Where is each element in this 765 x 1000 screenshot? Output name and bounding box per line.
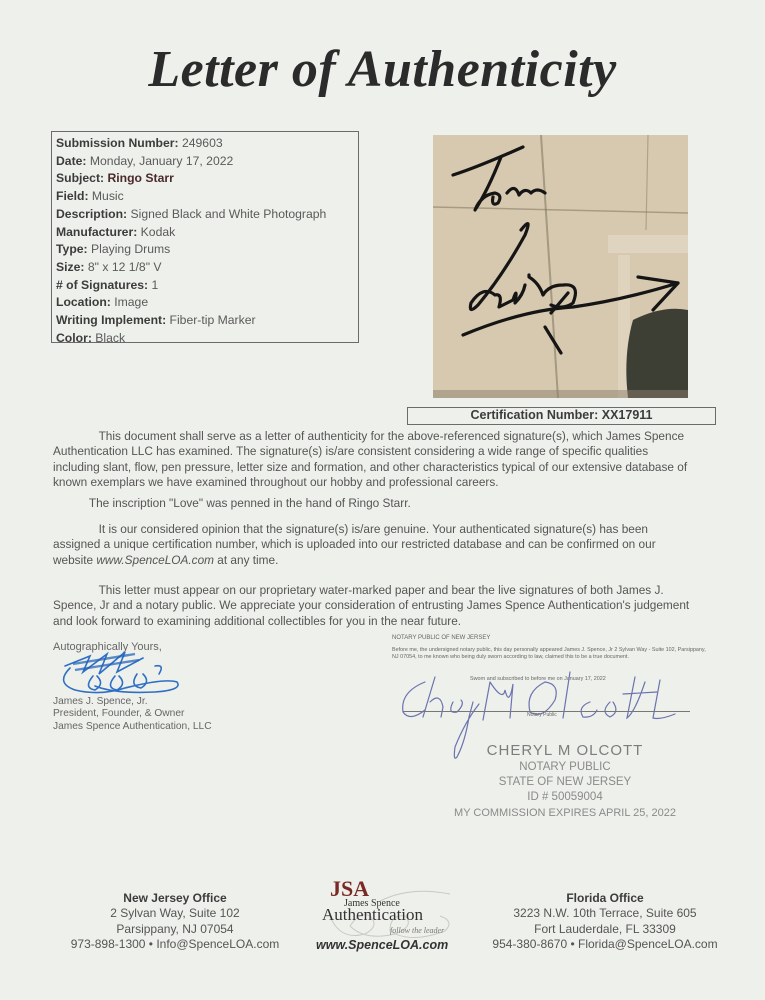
detail-value: 8" x 12 1/8" V xyxy=(88,260,162,274)
office-name: Florida Office xyxy=(475,891,735,906)
paragraph-inscription: The inscription "Love" was penned in the… xyxy=(53,496,731,511)
notary-state: STATE OF NEW JERSEY xyxy=(430,775,700,790)
detail-label: Date: xyxy=(56,154,86,168)
detail-row: Field: Music xyxy=(56,188,358,206)
signer-role: President, Founder, & Owner xyxy=(53,708,212,720)
signer-block: James J. Spence, Jr. President, Founder,… xyxy=(53,696,212,733)
notary-stamp: CHERYL M OLCOTT NOTARY PUBLIC STATE OF N… xyxy=(430,742,700,821)
detail-row: Submission Number: 249603 xyxy=(56,135,358,153)
detail-row: Type: Playing Drums xyxy=(56,241,358,259)
office-address-line1: 3223 N.W. 10th Terrace, Suite 605 xyxy=(475,906,735,921)
spence-signature xyxy=(55,648,190,698)
detail-label: Writing Implement: xyxy=(56,313,166,327)
detail-value: 1 xyxy=(152,278,159,292)
detail-label: Location: xyxy=(56,295,111,309)
paragraph-opinion: It is our considered opinion that the si… xyxy=(53,522,695,568)
detail-row: Color: Black xyxy=(56,330,358,348)
signed-photo xyxy=(433,135,688,398)
detail-label: Subject: xyxy=(56,171,104,185)
detail-label: Type: xyxy=(56,242,88,256)
logo-tagline: follow the leader xyxy=(390,926,444,935)
detail-value: Monday, January 17, 2022 xyxy=(90,154,233,168)
notary-commission: MY COMMISSION EXPIRES APRIL 25, 2022 xyxy=(430,806,700,821)
detail-row: Size: 8" x 12 1/8" V xyxy=(56,259,358,277)
notary-title: NOTARY PUBLIC xyxy=(430,760,700,775)
office-florida: Florida Office 3223 N.W. 10th Terrace, S… xyxy=(475,891,735,952)
detail-value: Ringo Starr xyxy=(107,171,173,185)
detail-value: Kodak xyxy=(141,225,176,239)
photo-image xyxy=(433,135,688,398)
detail-label: # of Signatures: xyxy=(56,278,148,292)
notary-name: CHERYL M OLCOTT xyxy=(430,742,700,760)
page-title: Letter of Authenticity xyxy=(0,40,765,99)
logo-website-link[interactable]: www.SpenceLOA.com xyxy=(316,938,448,952)
detail-row: Date: Monday, January 17, 2022 xyxy=(56,153,358,171)
office-new-jersey: New Jersey Office 2 Sylvan Way, Suite 10… xyxy=(45,891,305,952)
notary-statement: Before me, the undersigned notary public… xyxy=(392,647,712,660)
detail-value: 249603 xyxy=(182,136,223,150)
paragraph-requirements: This letter must appear on our proprieta… xyxy=(53,583,695,629)
jsa-logo: JSA James Spence Authentication follow t… xyxy=(310,876,470,956)
detail-value: Music xyxy=(92,189,124,203)
detail-label: Field: xyxy=(56,189,89,203)
detail-label: Color: xyxy=(56,331,92,345)
notary-line-label: Notary Public xyxy=(527,712,557,718)
paragraph-examination: This document shall serve as a letter of… xyxy=(53,429,695,490)
detail-row: Writing Implement: Fiber-tip Marker xyxy=(56,312,358,330)
detail-row: # of Signatures: 1 xyxy=(56,277,358,295)
certification-number: Certification Number: XX17911 xyxy=(407,407,716,425)
office-address-line2: Parsippany, NJ 07054 xyxy=(45,922,305,937)
details-box: Submission Number: 249603Date: Monday, J… xyxy=(51,131,359,343)
notary-heading: NOTARY PUBLIC OF NEW JERSEY xyxy=(392,635,490,641)
detail-value: Signed Black and White Photograph xyxy=(131,207,327,221)
website-link[interactable]: www.SpenceLOA.com xyxy=(96,553,214,567)
office-address-line1: 2 Sylvan Way, Suite 102 xyxy=(45,906,305,921)
detail-label: Manufacturer: xyxy=(56,225,137,239)
logo-authentication: Authentication xyxy=(322,905,423,925)
detail-row: Description: Signed Black and White Phot… xyxy=(56,206,358,224)
office-contact[interactable]: 954-380-8670 • Florida@SpenceLOA.com xyxy=(475,937,735,952)
detail-label: Submission Number: xyxy=(56,136,179,150)
office-contact[interactable]: 973-898-1300 • Info@SpenceLOA.com xyxy=(45,937,305,952)
detail-value: Fiber-tip Marker xyxy=(170,313,256,327)
detail-label: Description: xyxy=(56,207,127,221)
detail-row: Manufacturer: Kodak xyxy=(56,224,358,242)
notary-id: ID # 50059004 xyxy=(430,790,700,805)
detail-row: Subject: Ringo Starr xyxy=(56,170,358,188)
detail-label: Size: xyxy=(56,260,84,274)
signer-company: James Spence Authentication, LLC xyxy=(53,721,212,733)
detail-value: Black xyxy=(95,331,125,345)
office-address-line2: Fort Lauderdale, FL 33309 xyxy=(475,922,735,937)
detail-value: Image xyxy=(114,295,148,309)
detail-value: Playing Drums xyxy=(91,242,170,256)
detail-row: Location: Image xyxy=(56,294,358,312)
opinion-text-end: at any time. xyxy=(214,553,278,567)
office-name: New Jersey Office xyxy=(45,891,305,906)
signer-name: James J. Spence, Jr. xyxy=(53,696,212,708)
